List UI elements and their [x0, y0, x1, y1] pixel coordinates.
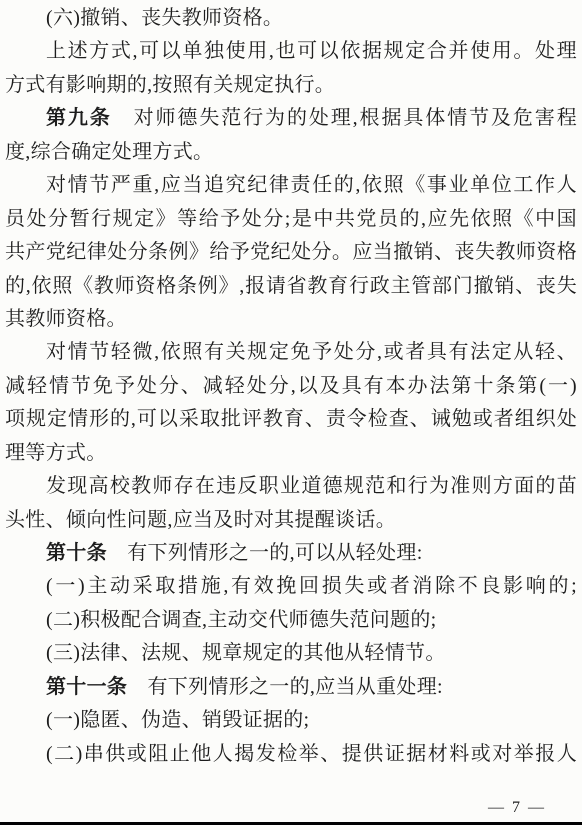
text-segment: 的,依照《教师资格条例》,报请省教育行政主管部门撤销、丧失 [5, 275, 577, 297]
scan-edge-line [0, 822, 582, 825]
article-number: 第十条 [46, 542, 107, 564]
text-segment: 对情节轻微,依照有关规定免予处分,或者具有法定从轻、 [46, 341, 577, 363]
text-line: 员处分暂行规定》等给予处分;是中共党员的,应先依照《中国 [5, 203, 577, 236]
text-line: 第十条 有下列情形之一的,可以从轻处理: [5, 537, 577, 570]
page-footer: — 7 — [488, 799, 546, 817]
text-line: (一)主动采取措施,有效挽回损失或者消除不良影响的; [5, 570, 577, 603]
text-segment: 对情节严重,应当追究纪律责任的,依照《事业单位工作人 [46, 174, 577, 196]
text-segment: 有下列情形之一的,可以从轻处理: [107, 542, 423, 564]
article-number: 第九条 [46, 107, 112, 129]
text-line: 度,综合确定处理方式。 [5, 136, 577, 169]
text-line: 对情节轻微,依照有关规定免予处分,或者具有法定从轻、 [5, 336, 577, 369]
text-segment: (二)串供或阻止他人揭发检举、提供证据材料或对举报人 [46, 743, 577, 765]
text-line: 头性、倾向性问题,应当及时对其提醒谈话。 [5, 504, 577, 537]
text-segment: (六)撤销、丧失教师资格。 [46, 7, 283, 29]
text-segment: 对师德失范行为的处理,根据具体情节及危害程 [112, 107, 577, 129]
text-segment: (二)积极配合调查,主动交代师德失范问题的; [46, 609, 436, 631]
text-segment: 发现高校教师存在违反职业道德规范和行为准则方面的苗 [46, 475, 577, 497]
text-segment: 头性、倾向性问题,应当及时对其提醒谈话。 [5, 509, 396, 531]
text-segment: 共产党纪律处分条例》给予党纪处分。应当撤销、丧失教师资格 [5, 241, 577, 263]
text-line: (三)法律、法规、规章规定的其他从轻情节。 [5, 637, 577, 670]
text-segment: 上述方式,可以单独使用,也可以依据规定合并使用。处理 [46, 40, 577, 62]
text-line: 上述方式,可以单独使用,也可以依据规定合并使用。处理 [5, 35, 577, 68]
text-line: (二)积极配合调查,主动交代师德失范问题的; [5, 604, 577, 637]
document-body: (六)撤销、丧失教师资格。上述方式,可以单独使用,也可以依据规定合并使用。处理方… [0, 0, 582, 771]
text-line: (六)撤销、丧失教师资格。 [5, 2, 577, 35]
text-line: 第十一条 有下列情形之一的,应当从重处理: [5, 671, 577, 704]
text-line: (二)串供或阻止他人揭发检举、提供证据材料或对举报人 [5, 738, 577, 771]
page-number: — 7 — [488, 799, 546, 816]
text-line: (一)隐匿、伪造、销毁证据的; [5, 704, 577, 737]
text-segment: 理等方式。 [5, 442, 107, 464]
article-number: 第十一条 [46, 676, 127, 698]
text-line: 项规定情形的,可以采取批评教育、责令检查、诫勉或者组织处 [5, 403, 577, 436]
document-page: (六)撤销、丧失教师资格。上述方式,可以单独使用,也可以依据规定合并使用。处理方… [0, 0, 582, 830]
text-segment: 方式有影响期的,按照有关规定执行。 [5, 74, 335, 96]
text-line: 共产党纪律处分条例》给予党纪处分。应当撤销、丧失教师资格 [5, 236, 577, 269]
text-line: 的,依照《教师资格条例》,报请省教育行政主管部门撤销、丧失 [5, 270, 577, 303]
text-segment: 有下列情形之一的,应当从重处理: [127, 676, 443, 698]
text-line: 对情节严重,应当追究纪律责任的,依照《事业单位工作人 [5, 169, 577, 202]
text-segment: 项规定情形的,可以采取批评教育、责令检查、诫勉或者组织处 [5, 408, 577, 430]
text-line: 第九条 对师德失范行为的处理,根据具体情节及危害程 [5, 102, 577, 135]
text-segment: (一)隐匿、伪造、销毁证据的; [46, 709, 309, 731]
text-segment: 减轻情节免予处分、减轻处分,以及具有本办法第十条第(一) [5, 375, 577, 397]
text-segment: 员处分暂行规定》等给予处分;是中共党员的,应先依照《中国 [5, 208, 577, 230]
text-segment: (三)法律、法规、规章规定的其他从轻情节。 [46, 642, 446, 664]
text-line: 发现高校教师存在违反职业道德规范和行为准则方面的苗 [5, 470, 577, 503]
text-line: 减轻情节免予处分、减轻处分,以及具有本办法第十条第(一) [5, 370, 577, 403]
text-line: 理等方式。 [5, 437, 577, 470]
text-segment: 其教师资格。 [5, 308, 127, 330]
text-segment: 度,综合确定处理方式。 [5, 141, 213, 163]
text-line: 方式有影响期的,按照有关规定执行。 [5, 69, 577, 102]
text-segment: (一)主动采取措施,有效挽回损失或者消除不良影响的; [46, 575, 577, 597]
text-line: 其教师资格。 [5, 303, 577, 336]
